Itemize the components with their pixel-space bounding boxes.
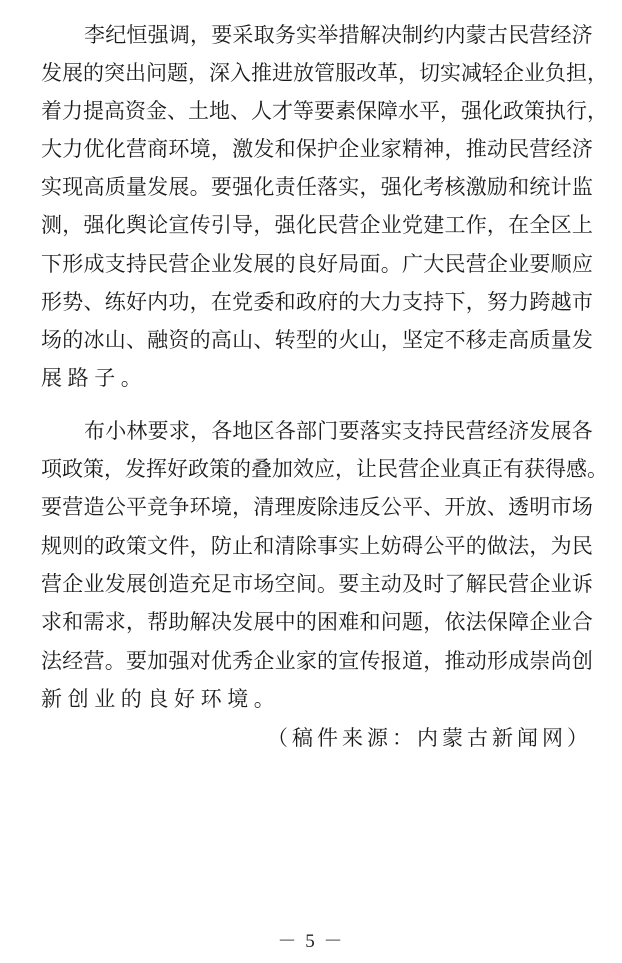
document-page: 李纪恒强调，要采取务实举措解决制约内蒙古民营经济发展的突出问题，深入推进放管服改… bbox=[0, 0, 622, 963]
paragraph-1-line: 场的冰山、融资的高山、转型的火山，坚定不移走高质量发 bbox=[41, 321, 593, 359]
paragraph-2-line: 营企业发展创造充足市场空间。要主动及时了解民营企业诉 bbox=[41, 565, 593, 603]
paragraph-2-line: 要营造公平竞争环境，清理废除违反公平、开放、透明市场 bbox=[41, 488, 593, 526]
paragraph-1-line: 大力优化营商环境，激发和保护企业家精神，推动民营经济 bbox=[41, 130, 593, 168]
paragraph-1-line: 着力提高资金、土地、人才等要素保障水平，强化政策执行， bbox=[41, 92, 593, 130]
paragraph-2-line: 新创业的良好环境。 bbox=[41, 680, 593, 718]
paragraph-2-line: 法经营。要加强对优秀企业家的宣传报道，推动形成崇尚创 bbox=[41, 642, 593, 680]
paragraph-1-line: 下形成支持民营企业发展的良好局面。广大民营企业要顺应 bbox=[41, 245, 593, 283]
paragraph-2-line: 规则的政策文件，防止和清除事实上妨碍公平的做法，为民 bbox=[41, 527, 593, 565]
paragraph-1-line: 测，强化舆论宣传引导，强化民营企业党建工作，在全区上 bbox=[41, 206, 593, 244]
paragraph-1-line: 实现高质量发展。要强化责任落实，强化考核激励和统计监 bbox=[41, 168, 593, 206]
paragraph-1-line: 展路子。 bbox=[41, 359, 593, 397]
paragraph-2-line: 项政策，发挥好政策的叠加效应，让民营企业真正有获得感。 bbox=[41, 450, 593, 488]
paragraph-1-line: 发展的突出问题，深入推进放管服改革，切实减轻企业负担， bbox=[41, 54, 593, 92]
paragraph-1-line: 形势、练好内功，在党委和政府的大力支持下，努力跨越市 bbox=[41, 283, 593, 321]
paragraph-2-line: 布小林要求，各地区各部门要落实支持民营经济发展各 bbox=[84, 412, 593, 450]
paragraph-1-line: 李纪恒强调，要采取务实举措解决制约内蒙古民营经济 bbox=[84, 16, 593, 54]
paragraph-2-line: 求和需求，帮助解决发展中的困难和问题，依法保障企业合 bbox=[41, 603, 593, 641]
source-note: （稿件来源：内蒙古新闻网） bbox=[267, 719, 592, 757]
page-number: － 5 － bbox=[0, 930, 622, 954]
